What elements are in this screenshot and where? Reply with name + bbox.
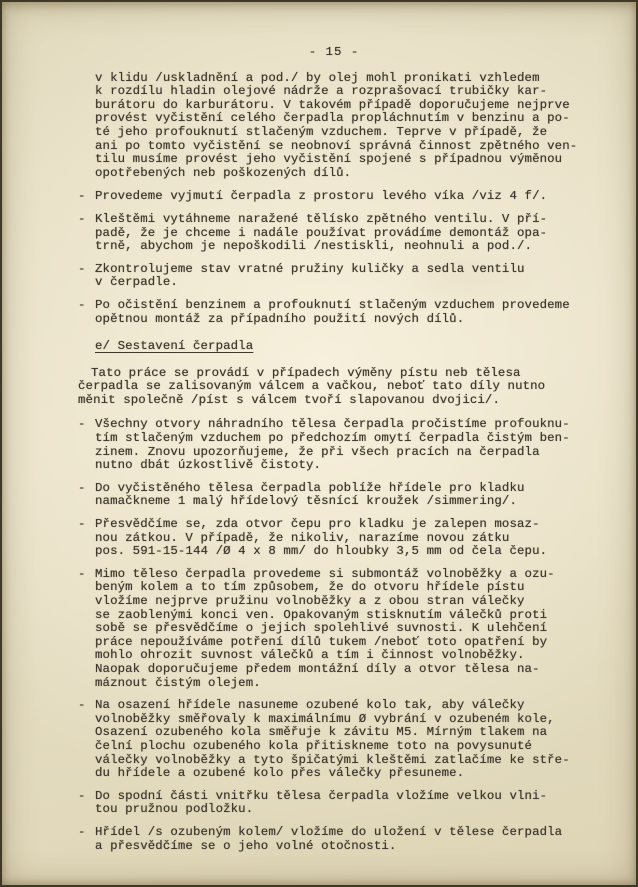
- bullet-marker: -: [78, 482, 95, 509]
- bullet-marker: -: [78, 790, 95, 817]
- list-item: - Hřídel /s ozubeným kolem/ vložíme do u…: [78, 826, 590, 853]
- list-item: - Do spodní části vnitřku tělesa čerpadl…: [78, 790, 590, 817]
- list-item-text: Přesvědčíme se, zda otvor čepu pro kladk…: [95, 518, 590, 559]
- list-item: - Mimo těleso čerpadla provedeme si subm…: [78, 568, 590, 690]
- list-item: - Do vyčistěného tělesa čerpadla poblíže…: [78, 482, 590, 509]
- page-number: - 15 -: [78, 46, 590, 60]
- list-item-text: Na osazení hřídele nasuneme ozubené kolo…: [95, 699, 590, 781]
- list-item: - Provedeme vyjmutí čerpadla z prostoru …: [78, 190, 590, 204]
- list-item-text: Zkontrolujeme stav vratné pružiny kuličk…: [95, 263, 590, 290]
- bullet-marker: -: [78, 190, 95, 204]
- list-item-text: Mimo těleso čerpadla provedeme si submon…: [95, 568, 590, 690]
- list-item: - Na osazení hřídele nasuneme ozubené ko…: [78, 699, 590, 781]
- list-item-text: Do spodní části vnitřku tělesa čerpadla …: [95, 790, 590, 817]
- page-content: - 15 - v klidu /uskladnění a pod./ by ol…: [78, 46, 590, 862]
- bullet-marker: -: [78, 568, 95, 690]
- bullet-marker: -: [78, 518, 95, 559]
- list-item-text: Kleštěmi vytáhneme naražené tělísko zpět…: [95, 213, 590, 254]
- section-heading: e/ Sestavení čerpadla: [95, 340, 590, 354]
- list-item-text: Všechny otvory náhradního tělesa čerpadl…: [95, 418, 590, 472]
- section-intro-paragraph: Tato práce se provádí v případech výměny…: [78, 367, 590, 408]
- document-page: - 15 - v klidu /uskladnění a pod./ by ol…: [0, 0, 638, 887]
- bullet-marker: -: [78, 299, 95, 326]
- list-item-text: Provedeme vyjmutí čerpadla z prostoru le…: [95, 190, 590, 204]
- bullet-marker: -: [78, 263, 95, 290]
- list-item: - Po očistění benzinem a profouknutí stl…: [78, 299, 590, 326]
- list-item: - Všechny otvory náhradního tělesa čerpa…: [78, 418, 590, 472]
- list-item: - Přesvědčíme se, zda otvor čepu pro kla…: [78, 518, 590, 559]
- bullet-marker: -: [78, 826, 95, 853]
- list-item-text: Hřídel /s ozubeným kolem/ vložíme do ulo…: [95, 826, 590, 853]
- list-item: - Zkontrolujeme stav vratné pružiny kuli…: [78, 263, 590, 290]
- bullet-marker: -: [78, 699, 95, 781]
- list-item: - Kleštěmi vytáhneme naražené tělísko zp…: [78, 213, 590, 254]
- list-item-text: Do vyčistěného tělesa čerpadla poblíže h…: [95, 482, 590, 509]
- bullet-marker: -: [78, 213, 95, 254]
- list-item-text: Po očistění benzinem a profouknutí stlač…: [95, 299, 590, 326]
- bullet-marker: -: [78, 418, 95, 472]
- intro-paragraph: v klidu /uskladnění a pod./ by olej mohl…: [95, 72, 590, 181]
